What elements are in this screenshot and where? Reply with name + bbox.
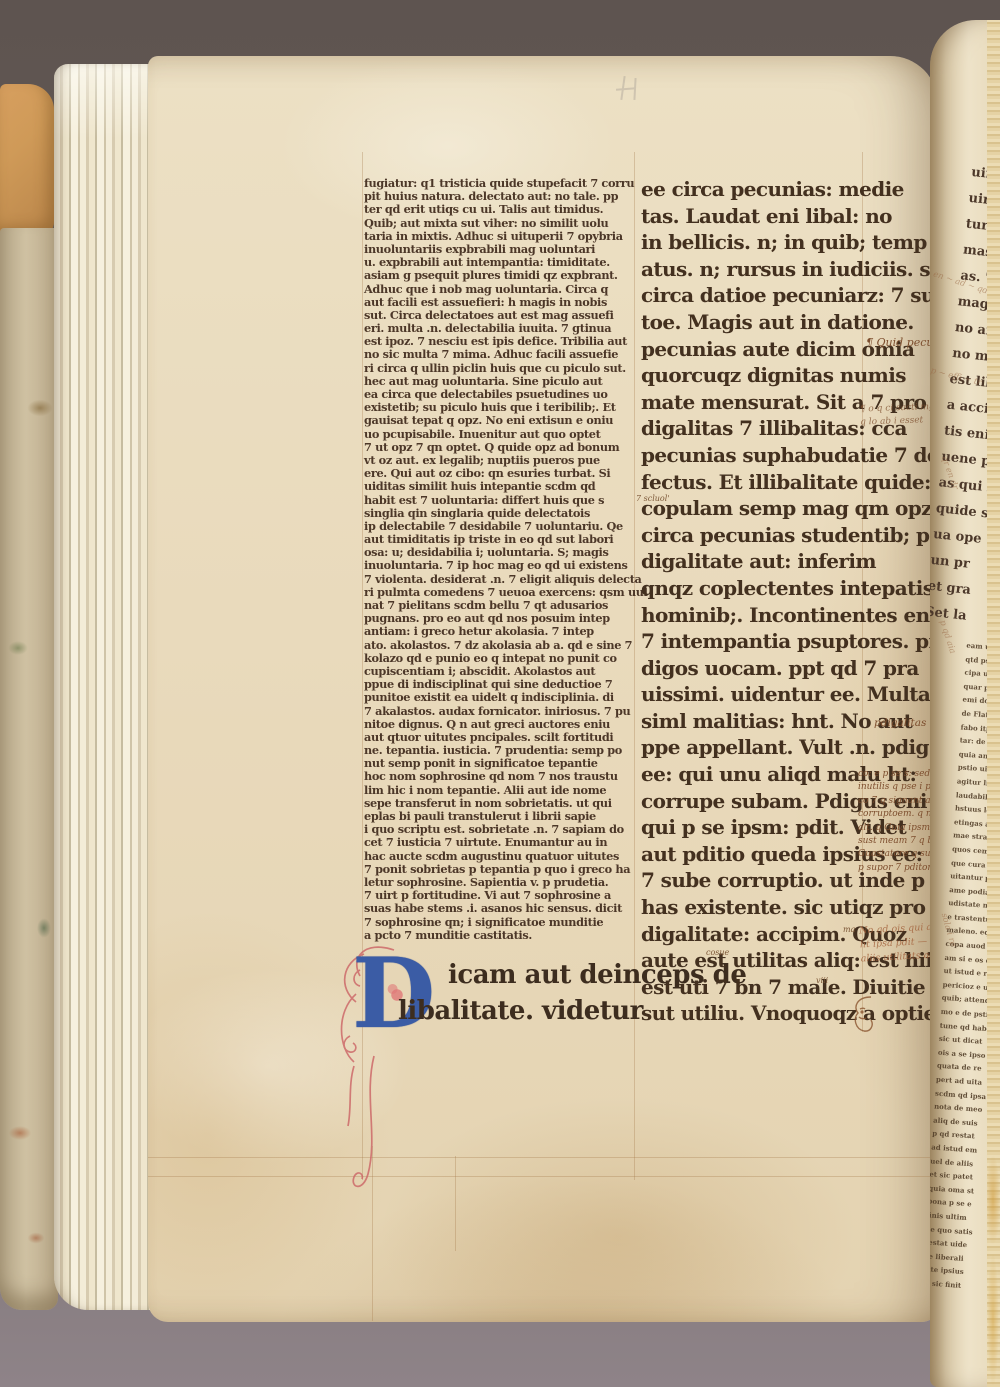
text-line: ee: qui unu aliqd malu ht: xyxy=(641,761,873,788)
ruling-line xyxy=(148,1176,930,1177)
text-line: no sic multa 7 mima. Adhuc facili assuef… xyxy=(364,348,638,361)
text-line: corrupe subam. Pdigus eni xyxy=(641,788,873,815)
text-line: inuoluntaria. 7 ip hoc mag eo qd ui exis… xyxy=(364,559,638,572)
rubric-line-2: libalitate. videtur xyxy=(398,996,643,1026)
text-line: hac aucte scdm augustinu quatuor uitutes xyxy=(364,850,638,863)
text-line: 7 ponit sobrietas p tepantia p quo i gre… xyxy=(364,863,638,876)
text-line: kolazo qd e punio eo q intepat no punit … xyxy=(364,652,638,665)
text-line: ato. akolastos. 7 dz akolasia ab a. qd e… xyxy=(364,639,638,652)
text-line: digos uocam. ppt qd 7 pra xyxy=(641,655,873,682)
text-line: atus. n; rursus in iudiciis. s; xyxy=(641,256,873,283)
text-line: Adhuc que i nob mag uoluntaria. Circa q xyxy=(364,283,638,296)
text-line: copulam semp mag qm opz: xyxy=(641,495,873,522)
text-line: 7 violenta. desiderat .n. 7 eligit aliqu… xyxy=(364,573,638,586)
text-line: uissimi. uidentur ee. Multas xyxy=(641,681,873,708)
text-line: aut facili est assuefieri: h magis in no… xyxy=(364,296,638,309)
text-line: hoc nom sophrosine qd nom 7 nos traustu xyxy=(364,770,638,783)
ruling-line xyxy=(148,1157,930,1158)
text-line: quorcuqz dignitas numis xyxy=(641,362,873,389)
text-line: pecunias aute dicim omia xyxy=(641,336,873,363)
text-line: ppe appellant. Vult .n. pdig xyxy=(641,734,873,761)
text-line: cet 7 iusticia 7 uirtute. Enumantur au i… xyxy=(364,836,638,849)
text-line: circa datioe pecuniarz: 7 sup xyxy=(641,282,873,309)
text-line: ter qd erit utiqs cu ui. Talis aut timid… xyxy=(364,203,638,216)
leather-binding-corner xyxy=(0,84,54,236)
text-line: aut pditio queda ipsius ee: xyxy=(641,841,873,868)
text-line: sut utiliu. Vnoquoqz a optie xyxy=(641,1000,873,1027)
book-spine xyxy=(0,228,58,1310)
text-line: singlia qin singlaria quide delectatois xyxy=(364,507,638,520)
text-line: Quib; aut mixta sut viher: no similit uo… xyxy=(364,217,638,230)
left-text-column: fugiatur: q1 tristicia quide stupefacit … xyxy=(364,177,638,942)
manuscript-photo: fugiatur: q1 tristicia quide stupefacit … xyxy=(0,0,1000,1387)
text-line: toe. Magis aut in datione. xyxy=(641,309,873,336)
pencil-mark xyxy=(612,72,646,106)
profile-face-doodle-icon xyxy=(849,993,879,1039)
text-line: est uti 7 bn 7 male. Diuitie a: xyxy=(641,974,873,1001)
text-line: mate mensurat. Sit a 7 pro xyxy=(641,389,873,416)
ruling-line xyxy=(455,1156,456,1251)
text-line: hominib;. Incontinentes eni xyxy=(641,602,873,629)
text-line: has existente. sic utiqz pro xyxy=(641,894,873,921)
interlinear-gloss: 7 scluol' xyxy=(636,494,670,503)
text-line: ee circa pecunias: medie xyxy=(641,176,873,203)
text-line: 7 ut opz 7 qn optet. Q quide opz ad bonu… xyxy=(364,441,638,454)
illuminated-initial: D xyxy=(352,946,435,1042)
text-line: 7 intempantia psuptores. pro xyxy=(641,628,873,655)
text-line: asiam g psequit plures timidi qz expbran… xyxy=(364,269,638,282)
text-line: circa pecunias studentib; p xyxy=(641,522,873,549)
text-line: punitoe existit ea uidelt q indisciplini… xyxy=(364,691,638,704)
interlinear-gloss: cosue xyxy=(706,948,729,957)
right-text-column: ee circa pecunias: medietas. Laudat eni … xyxy=(641,176,873,1027)
text-line: 7 sube corruptio. ut inde p xyxy=(641,867,873,894)
text-line: antiam: i greco hetur akolasia. 7 intep xyxy=(364,625,638,638)
text-line: 7 akalastos. audax fornicator. iniriosus… xyxy=(364,705,638,718)
text-line: tas. Laudat eni libal: no xyxy=(641,203,873,230)
text-line: uiditas similit huis intepantie scdm qd xyxy=(364,480,638,493)
interlinear-gloss: ma xyxy=(843,925,855,934)
text-line: digalitate aut: inferim xyxy=(641,548,873,575)
text-line: uo pcupisabile. Inuenitur aut quo optet xyxy=(364,428,638,441)
interlinear-gloss: viii xyxy=(816,976,828,985)
text-line: fectus. Et illibalitate quide: xyxy=(641,469,873,496)
text-line: suas habe stems .i. asanos hic sensus. d… xyxy=(364,902,638,915)
text-line: ri circa q ullin piclin huis que cu picu… xyxy=(364,362,638,375)
text-line: nitoe dignus. Q n aut greci auctores eni… xyxy=(364,718,638,731)
text-line: aute est utilitas aliq: est hiis xyxy=(641,947,873,974)
fore-edge xyxy=(987,20,1000,1387)
margin-note-prodigalitas: pdigalitas xyxy=(874,717,926,729)
text-line: digalitate: accipim. Quoz xyxy=(641,921,873,948)
text-line: lim hic i nom tepantie. Alii aut ide nom… xyxy=(364,784,638,797)
text-line: qnqz coplectentes intepatis xyxy=(641,575,873,602)
text-line: pecunias suphabudatie 7 de xyxy=(641,442,873,469)
text-line: 7 sophrosine qn; i significatoe munditie xyxy=(364,916,638,929)
text-line: qui p se ipsm: pdit. Videt xyxy=(641,814,873,841)
text-line: habit est 7 uoluntaria: differt huis que… xyxy=(364,494,638,507)
text-line: in bellicis. n; in quib; temp xyxy=(641,229,873,256)
text-line: digalitas 7 illibalitas: cca xyxy=(641,415,873,442)
text-line: taria in mixtis. Adhuc si uituperii 7 op… xyxy=(364,230,638,243)
facing-page: uirtutuirtuutur opmas tuas. 7 dmag ispno… xyxy=(930,20,1000,1387)
text-line: gauisat tepat q opz. No eni extisun e on… xyxy=(364,414,638,427)
text-line: siml malitias: hnt. No aut xyxy=(641,708,873,735)
